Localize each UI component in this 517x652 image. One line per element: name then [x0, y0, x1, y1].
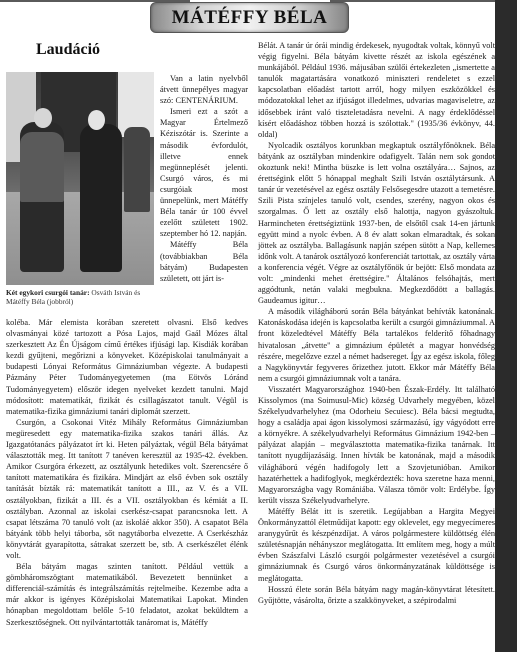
banner-title: MÁTÉFFY BÉLA [172, 7, 328, 29]
photo-caption: Két egykori csurgói tanár: Osváth István… [6, 288, 156, 306]
narrow-column: Van a latin nyelvből átvett ünnepélyes m… [160, 73, 248, 284]
photo-person-left [20, 122, 64, 272]
paragraph: Van a latin nyelvből átvett ünnepélyes m… [160, 73, 248, 106]
paragraph: A második világháború során Béla bátyánk… [258, 306, 495, 384]
paragraph: Hosszú élete során Béla bátyám nagy magá… [258, 584, 495, 606]
title-banner: MÁTÉFFY BÉLA [150, 2, 349, 33]
left-column: koléba. Már elemista korában szeretett o… [6, 317, 248, 628]
photo-person-right [80, 124, 122, 272]
paragraph: Bélát. A tanár úr órái mindig érdekesek,… [258, 40, 495, 140]
paragraph: Visszatért Magyarországhoz 1940-ben Észa… [258, 384, 495, 506]
photo-head-left [34, 108, 52, 128]
paragraph: Nyolcadik osztályos korunkban megkaptuk … [258, 140, 495, 306]
scan-edge-bar [495, 0, 517, 652]
paragraph: Béla bátyám magas szinten tanított. Péld… [6, 561, 248, 628]
paragraph: koléba. Már elemista korában szeretett o… [6, 317, 248, 417]
paragraph: Csurgón, a Csokonai Vitéz Mihály Reformá… [6, 417, 248, 561]
paragraph: Mátéffy Béla (továbbiakban Béla bátyám) … [160, 239, 248, 283]
caption-bold: Két egykori csurgói tanár: [6, 288, 90, 297]
paragraph: Ismeri ezt a szót a Magyar Értelmező Kéz… [160, 106, 248, 239]
paragraph: Mátéffy Bélát itt is szeretik. Legújabba… [258, 506, 495, 584]
photo-jacket [20, 132, 64, 202]
photo-background-person [124, 127, 150, 212]
photo-head-right [88, 110, 105, 130]
article-photo [6, 72, 154, 285]
top-rule-right [330, 0, 495, 2]
section-heading: Laudáció [36, 41, 100, 59]
right-column: Bélát. A tanár úr órái mindig érdekesek,… [258, 40, 495, 606]
